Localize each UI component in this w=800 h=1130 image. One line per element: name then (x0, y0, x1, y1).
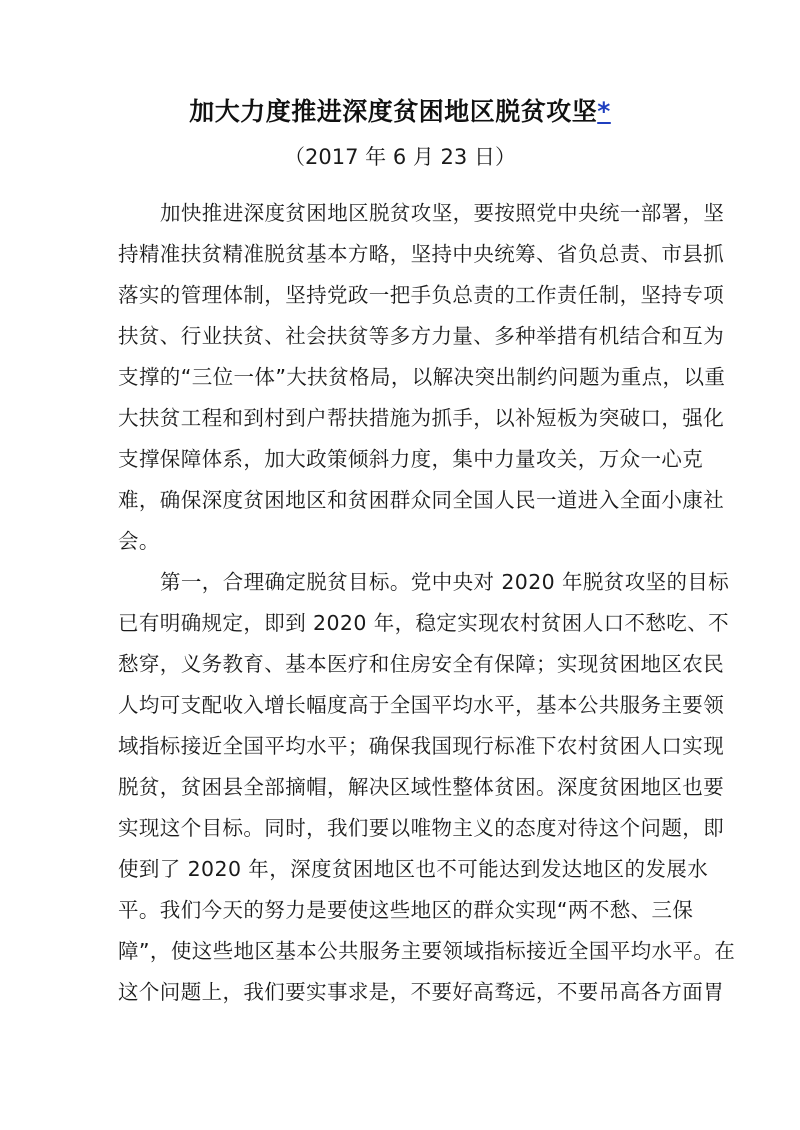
paragraph-2-line: 人均可支配收入增长幅度高于全国平均水平，基本公共服务主要领 (118, 685, 678, 726)
paragraph-2-line: 使到了 2020 年，深度贫困地区也不可能达到发达地区的发展水 (118, 849, 678, 890)
title-text: 加大力度推进深度贫困地区脱贫攻坚 (189, 97, 597, 126)
paragraph-1-line: 持精准扶贫精准脱贫基本方略，坚持中央统筹、省负总责、市县抓 (118, 234, 678, 275)
paragraph-1-line: 支撑保障体系，加大政策倾斜力度，集中力量攻关，万众一心克 (118, 439, 678, 480)
footnote-link[interactable]: * (597, 97, 611, 126)
paragraph-1-line: 加快推进深度贫困地区脱贫攻坚，要按照党中央统一部署，坚 (118, 193, 678, 234)
document-page: 加大力度推进深度贫困地区脱贫攻坚* （2017 年 6 月 23 日） 加快推进… (0, 0, 800, 1130)
paragraph-1-line: 落实的管理体制，坚持党政一把手负总责的工作责任制，坚持专项 (118, 275, 678, 316)
paragraph-2-line: 实现这个目标。同时，我们要以唯物主义的态度对待这个问题，即 (118, 808, 678, 849)
paragraph-1-line: 支撑的“三位一体”大扶贫格局，以解决突出制约问题为重点，以重 (118, 357, 678, 398)
document-body: 加快推进深度贫困地区脱贫攻坚，要按照党中央统一部署，坚 持精准扶贫精准脱贫基本方… (118, 193, 678, 1013)
paragraph-1-line: 扶贫、行业扶贫、社会扶贫等多方力量、多种举措有机结合和互为 (118, 316, 678, 357)
paragraph-2-line: 域指标接近全国平均水平；确保我国现行标准下农村贫困人口实现 (118, 726, 678, 767)
paragraph-2-line: 脱贫，贫困县全部摘帽，解决区域性整体贫困。深度贫困地区也要 (118, 767, 678, 808)
document-title: 加大力度推进深度贫困地区脱贫攻坚* (0, 92, 800, 132)
paragraph-2-line: 已有明确规定，即到 2020 年，稳定实现农村贫困人口不愁吃、不 (118, 603, 678, 644)
paragraph-1-line: 会。 (118, 521, 678, 562)
paragraph-2-line: 这个问题上，我们要实事求是，不要好高骛远，不要吊高各方面胃 (118, 972, 678, 1013)
paragraph-1-line: 大扶贫工程和到村到户帮扶措施为抓手，以补短板为突破口，强化 (118, 398, 678, 439)
paragraph-2-line: 第一，合理确定脱贫目标。党中央对 2020 年脱贫攻坚的目标 (118, 562, 678, 603)
paragraph-2-line: 愁穿，义务教育、基本医疗和住房安全有保障；实现贫困地区农民 (118, 644, 678, 685)
paragraph-1-line: 难，确保深度贫困地区和贫困群众同全国人民一道进入全面小康社 (118, 480, 678, 521)
document-date: （2017 年 6 月 23 日） (0, 140, 800, 174)
paragraph-2-line: 障”，使这些地区基本公共服务主要领域指标接近全国平均水平。在 (118, 931, 678, 972)
paragraph-2-line: 平。我们今天的努力是要使这些地区的群众实现“两不愁、三保 (118, 890, 678, 931)
